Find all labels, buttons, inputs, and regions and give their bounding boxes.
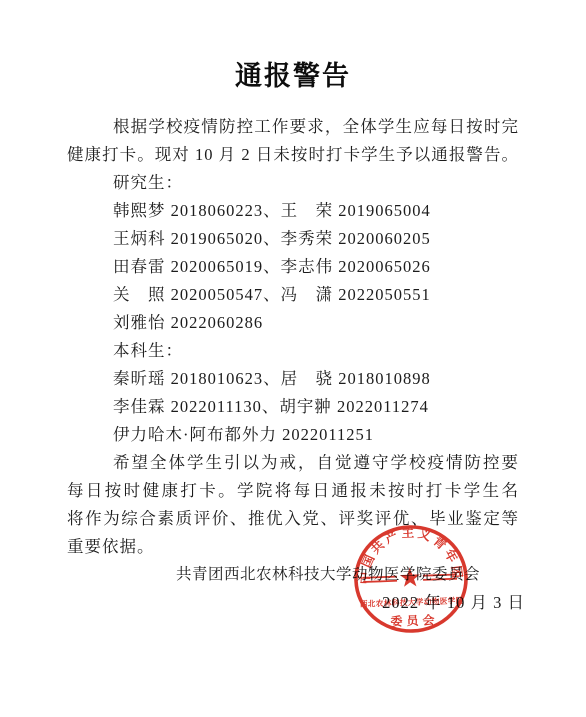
body-line: 李佳霖 2022011130、胡宇翀 2022011274	[67, 393, 519, 421]
body-line: 根据学校疫情防控工作要求，全体学生应每日按时完成	[67, 113, 519, 141]
date-line: 2022 年 10 月 3 日	[67, 589, 525, 617]
body-line: 田春雷 2020065019、李志伟 2020065026	[67, 253, 519, 281]
body-line: 关 照 2020050547、冯 潇 2022050551	[67, 281, 519, 309]
body-line: 韩熙梦 2018060223、王 荣 2019065004	[67, 197, 519, 225]
signature-line: 共青团西北农林科技大学动物医学院委员会	[67, 561, 519, 589]
body-line: 伊力哈木·阿布都外力 2022011251	[67, 421, 519, 449]
body-line: 健康打卡。现对 10 月 2 日未按时打卡学生予以通报警告。	[67, 141, 519, 169]
body-line: 王炳科 2019065020、李秀荣 2020060205	[67, 225, 519, 253]
document-body: 根据学校疫情防控工作要求，全体学生应每日按时完成 健康打卡。现对 10 月 2 …	[67, 113, 519, 617]
document-page: 通报警告 根据学校疫情防控工作要求，全体学生应每日按时完成 健康打卡。现对 10…	[0, 0, 586, 717]
body-line: 本科生：	[67, 337, 519, 365]
body-line: 每日按时健康打卡。学院将每日通报未按时打卡学生名单，	[67, 477, 519, 505]
body-line: 重要依据。	[67, 533, 519, 561]
body-line: 将作为综合素质评价、推优入党、评奖评优、毕业鉴定等的	[67, 505, 519, 533]
body-line: 希望全体学生引以为戒，自觉遵守学校疫情防控要求，	[67, 449, 519, 477]
body-line: 研究生：	[67, 169, 519, 197]
document-title: 通报警告	[0, 57, 586, 95]
body-line: 刘雅怡 2022060286	[67, 309, 519, 337]
body-line: 秦昕瑶 2018010623、居 骁 2018010898	[67, 365, 519, 393]
